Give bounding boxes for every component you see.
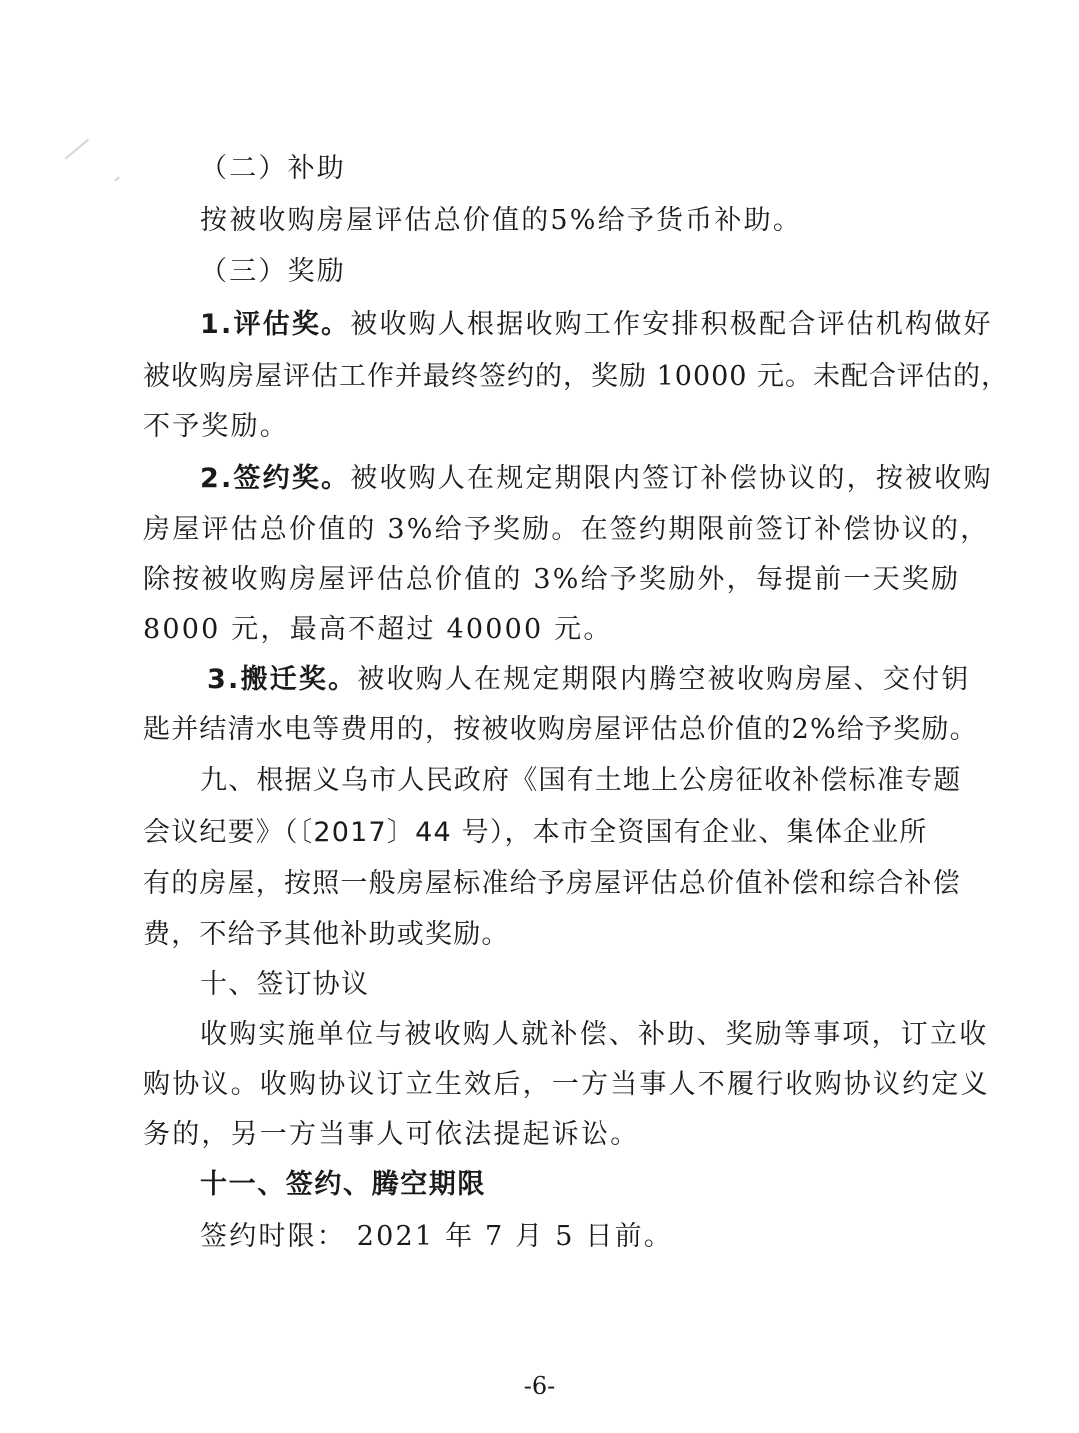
reward2-line: 8000 元，最高不超过 40000 元。	[143, 613, 613, 647]
reward2-line: 2.签约奖。被收购人在规定期限内签订补偿协议的，按被收购	[200, 462, 993, 496]
reward1-line: 1.评估奖。被收购人根据收购工作安排积极配合评估机构做好	[200, 308, 993, 342]
item10-heading: 十、签订协议	[200, 968, 369, 1002]
item9-line: 九、根据义乌市人民政府《国有土地上公房征收补偿标准专题	[200, 764, 961, 798]
subsidy-heading: （二）补助	[200, 152, 346, 186]
scan-artifact	[65, 139, 89, 160]
item10-line: 收购实施单位与被收购人就补偿、补助、奖励等事项，订立收	[200, 1018, 988, 1052]
reward2-line: 除按被收购房屋评估总价值的 3%给予奖励外，每提前一天奖励	[143, 563, 960, 597]
item10-line: 购协议。收购协议订立生效后，一方当事人不履行收购协议约定义	[143, 1068, 990, 1102]
reward2-label: 2.签约奖。	[200, 463, 350, 494]
reward1-line: 被收购房屋评估工作并最终签约的，奖励 10000 元。未配合评估的，	[143, 360, 1009, 394]
reward3-line: 3.搬迁奖。被收购人在规定期限内腾空被收购房屋、交付钥	[207, 663, 970, 697]
item9-line: 会议纪要》（〔2017〕44 号），本市全资国有企业、集体企业所	[143, 816, 928, 850]
reward3-line: 匙并结清水电等费用的，按被收购房屋评估总价值的2%给予奖励。	[143, 713, 978, 747]
document-page: （二）补助 按被收购房屋评估总价值的5%给予货币补助。 （三）奖励 1.评估奖。…	[0, 0, 1079, 1433]
page-number: -6-	[0, 1372, 1079, 1400]
reward-heading: （三）奖励	[200, 255, 346, 289]
subsidy-body: 按被收购房屋评估总价值的5%给予货币补助。	[200, 204, 802, 238]
item11-heading: 十一、签约、腾空期限	[200, 1168, 486, 1202]
item9-line: 费，不给予其他补助或奖励。	[143, 918, 510, 952]
reward3-label: 3.搬迁奖。	[207, 664, 357, 695]
reward1-label: 1.评估奖。	[200, 309, 350, 340]
item10-line: 务的，另一方当事人可依法提起诉讼。	[143, 1118, 639, 1152]
item11-body: 签约时限： 2021 年 7 月 5 日前。	[200, 1220, 673, 1254]
reward2-line: 房屋评估总价值的 3%给予奖励。在签约期限前签订补偿协议的，	[143, 513, 989, 547]
scan-artifact	[114, 176, 120, 181]
reward1-line: 不予奖励。	[143, 410, 289, 444]
item9-line: 有的房屋，按照一般房屋标准给予房屋评估总价值补偿和综合补偿	[143, 867, 961, 901]
